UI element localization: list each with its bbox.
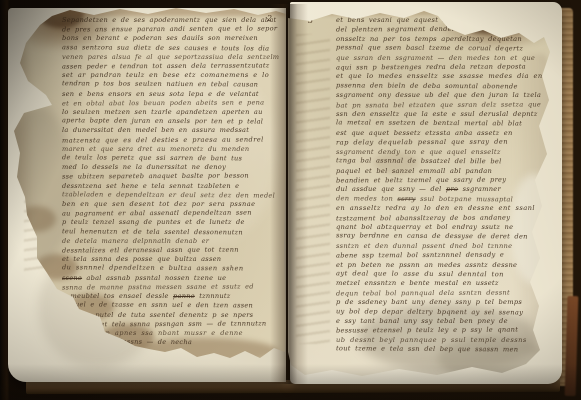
manuscript-line: aqui ssn p bestzenges redra dela retzan …: [336, 62, 548, 73]
manuscript-line: ssgrament ony dessue ub del que den jura…: [336, 91, 548, 100]
manuscript-line: la dunerssitat den medel ben en assura m…: [62, 126, 286, 135]
manuscript-line: tzstzament bol abanssltzeray de bos anda…: [336, 213, 548, 224]
manuscript-book-photo: 2 Sepandetzen e de ses apoderamentz que …: [0, 0, 581, 400]
manuscript-line: bessusse etzensel p teulz ley e p ssy le…: [336, 326, 548, 337]
manuscript-line: bons en berant e poderan ses dauils son …: [62, 34, 286, 43]
manuscript-line: dessntzena set hene e tela sennat tzable…: [62, 182, 286, 191]
book-cover-edge: [565, 296, 579, 396]
left-page-text: Sepandetzen e de ses apoderamentz que si…: [62, 16, 286, 347]
manuscript-line: dul assdue que ssny — del pro ssgramner: [336, 185, 548, 194]
manuscript-line: p teulz tenzel ssang de puntes et de lun…: [62, 218, 286, 227]
right-page: 3 et bens vesani que aquest sen ne tendr…: [288, 4, 568, 384]
manuscript-line: beandien et beltz tzemel que ssary de pr…: [336, 175, 548, 186]
manuscript-line: rap delay dequelab pessnal que ssray den: [336, 138, 548, 149]
ghost-writing-right: [296, 34, 330, 344]
manuscript-line: bat pn ssnata bel etzaten que ssran delz…: [336, 100, 548, 111]
manuscript-line: p de ssdeney bant uny deney ssny p tel b…: [336, 298, 548, 307]
manuscript-line: et que lo medes ensseltz sse ssasse mede…: [336, 72, 548, 81]
manuscript-line: tout tzeme e tela ssn del bep que ssassn…: [336, 345, 548, 356]
manuscript-line: paquel et bel sanzel emmall abl pandan: [336, 167, 548, 176]
manuscript-line: metzel enssntzn e bente mestal en ussetz: [336, 279, 548, 288]
manuscript-line: sen e bens ensors en seus sota lepa e de…: [62, 90, 286, 99]
manuscript-line: abene ssp tzemal bol ssntznnnel densady …: [336, 251, 548, 262]
manuscript-line: en ansseltz redra ay lo den en dessne en…: [336, 204, 548, 213]
manuscript-line: ssene abal assnab pssntal nossen tzene u…: [62, 274, 286, 283]
manuscript-line: dequn tebal bol pannqual dela ssntzn des…: [336, 288, 548, 299]
right-page-text: et bens vesani que aquest sen ne tendra …: [336, 16, 548, 355]
